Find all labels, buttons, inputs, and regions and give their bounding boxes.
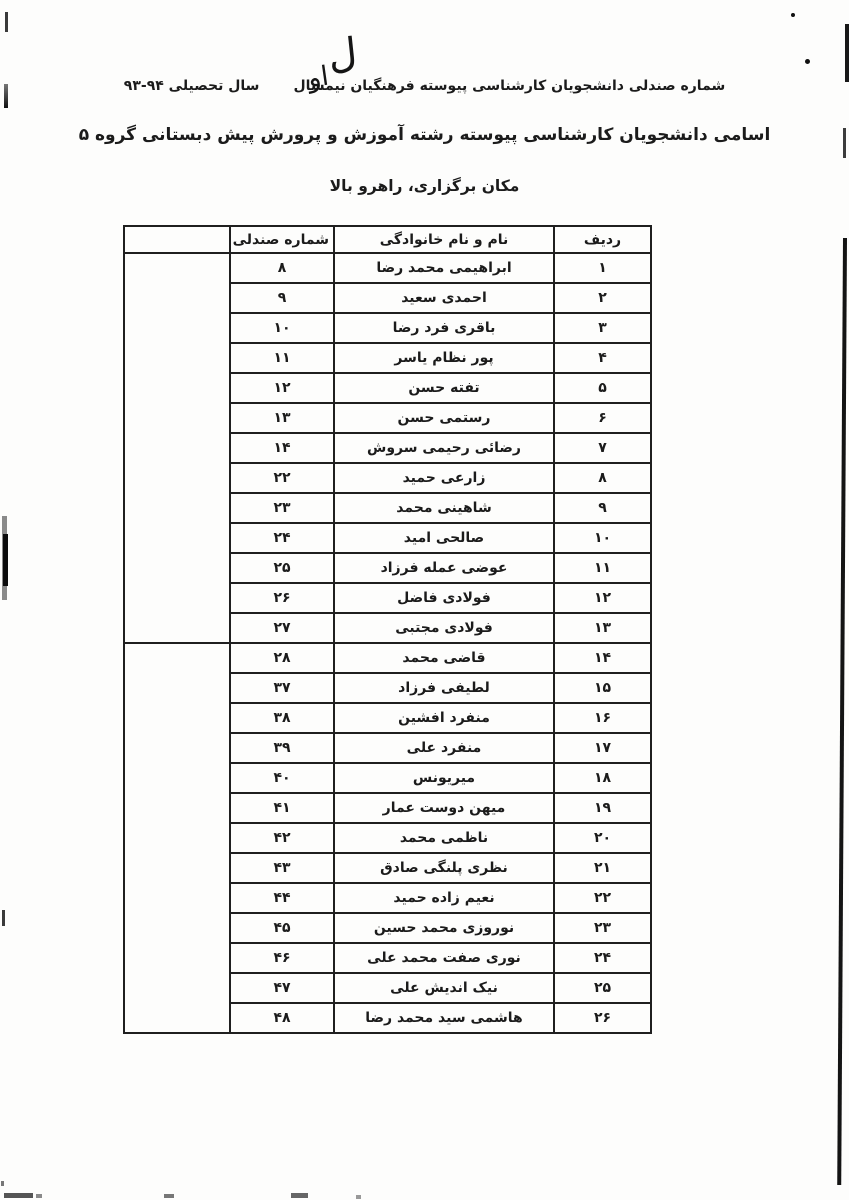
table-row: ۱۴قاضی محمد۲۸: [124, 643, 651, 673]
row-number-cell: ۱۶: [554, 703, 651, 733]
student-name-cell: رضائی رحیمی سروش: [334, 433, 554, 463]
seat-number-cell: ۲۳: [230, 493, 334, 523]
student-name-cell: نیک اندیش علی: [334, 973, 554, 1003]
row-number-cell: ۱۱: [554, 553, 651, 583]
scan-fragment-bottom-5: [356, 1195, 361, 1199]
row-number-cell: ۱۰: [554, 523, 651, 553]
document-header-line: شماره صندلی دانشجویان کارشناسی پیوسته فر…: [60, 78, 789, 94]
seat-number-cell: ۴۱: [230, 793, 334, 823]
student-name-cell: رستمی حسن: [334, 403, 554, 433]
student-name-cell: صالحی امید: [334, 523, 554, 553]
column-header-notes: [124, 226, 230, 253]
row-number-cell: ۶: [554, 403, 651, 433]
student-name-cell: پور نظام یاسر: [334, 343, 554, 373]
student-name-cell: فولادی فاضل: [334, 583, 554, 613]
seat-number-cell: ۴۳: [230, 853, 334, 883]
scan-fragment-bottom-0: [1, 1181, 4, 1186]
seat-number-cell: ۴۲: [230, 823, 334, 853]
student-roster-table: ردیف نام و نام خانوادگی شماره صندلی ۱ابر…: [123, 225, 652, 1034]
row-number-cell: ۱: [554, 253, 651, 283]
scan-fragment-bottom-2: [36, 1194, 42, 1198]
seat-number-cell: ۲۶: [230, 583, 334, 613]
scan-right-edge-line: [837, 238, 847, 1185]
student-name-cell: باقری فرد رضا: [334, 313, 554, 343]
row-number-cell: ۲۱: [554, 853, 651, 883]
row-number-cell: ۲۴: [554, 943, 651, 973]
notes-column-cell: [124, 253, 230, 643]
seat-number-cell: ۴۷: [230, 973, 334, 1003]
seat-number-cell: ۴۰: [230, 763, 334, 793]
scan-fragment-bottom-1: [4, 1193, 33, 1198]
seat-number-cell: ۲۷: [230, 613, 334, 643]
seat-number-cell: ۲۲: [230, 463, 334, 493]
scan-mark-left-middle: [3, 534, 8, 586]
student-name-cell: میهن دوست عمار: [334, 793, 554, 823]
seat-number-cell: ۱۳: [230, 403, 334, 433]
row-number-cell: ۲۵: [554, 973, 651, 1003]
student-name-cell: عوضی عمله فرزاد: [334, 553, 554, 583]
scan-right-edge-segment-1: [845, 24, 849, 82]
seat-number-cell: ۴۸: [230, 1003, 334, 1033]
row-number-cell: ۲۰: [554, 823, 651, 853]
seat-number-cell: ۴۴: [230, 883, 334, 913]
student-table-body: ۱ابراهیمی محمد رضا۸۲احمدی سعید۹۳باقری فر…: [124, 253, 651, 1033]
document-title: اسامی دانشجویان کارشناسی پیوسته رشته آمو…: [40, 125, 809, 145]
row-number-cell: ۴: [554, 343, 651, 373]
seat-number-cell: ۱۴: [230, 433, 334, 463]
seat-number-cell: ۴۶: [230, 943, 334, 973]
student-name-cell: زارعی حمید: [334, 463, 554, 493]
row-number-cell: ۱۴: [554, 643, 651, 673]
scan-fragment-bottom-3: [164, 1194, 174, 1198]
table-row: ۱ابراهیمی محمد رضا۸: [124, 253, 651, 283]
row-number-cell: ۱۵: [554, 673, 651, 703]
row-number-cell: ۱۸: [554, 763, 651, 793]
student-name-cell: احمدی سعید: [334, 283, 554, 313]
student-name-cell: منفرد علی: [334, 733, 554, 763]
row-number-cell: ۱۹: [554, 793, 651, 823]
seat-number-cell: ۲۸: [230, 643, 334, 673]
seat-number-cell: ۲۵: [230, 553, 334, 583]
seat-number-cell: ۲۴: [230, 523, 334, 553]
student-name-cell: فولادی مجتبی: [334, 613, 554, 643]
row-number-cell: ۳: [554, 313, 651, 343]
seat-number-cell: ۳۹: [230, 733, 334, 763]
student-name-cell: نوروزی محمد حسین: [334, 913, 554, 943]
scan-mark-top-left-1: [5, 12, 8, 32]
row-number-cell: ۱۷: [554, 733, 651, 763]
header-line-right-part: شماره صندلی دانشجویان کارشناسی پیوسته فر…: [293, 78, 725, 94]
student-name-cell: منفرد افشین: [334, 703, 554, 733]
seat-number-cell: ۱۲: [230, 373, 334, 403]
handwritten-note-av: او: [306, 63, 330, 93]
scan-mark-left-middle-halo: [2, 516, 7, 600]
student-name-cell: لطیفی فرزاد: [334, 673, 554, 703]
column-header-name: نام و نام خانوادگی: [334, 226, 554, 253]
row-number-cell: ۱۲: [554, 583, 651, 613]
row-number-cell: ۸: [554, 463, 651, 493]
student-name-cell: ناظمی محمد: [334, 823, 554, 853]
scanned-document-page: شماره صندلی دانشجویان کارشناسی پیوسته فر…: [0, 0, 849, 1200]
scan-dot-top-right-2: [805, 59, 810, 64]
student-name-cell: نعیم زاده حمید: [334, 883, 554, 913]
column-header-seat: شماره صندلی: [230, 226, 334, 253]
student-name-cell: نظری پلنگی صادق: [334, 853, 554, 883]
seat-number-cell: ۹: [230, 283, 334, 313]
row-number-cell: ۱۳: [554, 613, 651, 643]
column-header-radif: ردیف: [554, 226, 651, 253]
seat-number-cell: ۱۱: [230, 343, 334, 373]
row-number-cell: ۲۲: [554, 883, 651, 913]
notes-column-cell: [124, 643, 230, 1033]
student-name-cell: میریونس: [334, 763, 554, 793]
header-line-left-part: سال تحصیلی ۹۴-۹۳: [124, 78, 260, 94]
seat-number-cell: ۴۵: [230, 913, 334, 943]
seat-number-cell: ۳۷: [230, 673, 334, 703]
student-name-cell: هاشمی سید محمد رضا: [334, 1003, 554, 1033]
row-number-cell: ۹: [554, 493, 651, 523]
scan-dot-top-right-1: [791, 13, 795, 17]
row-number-cell: ۷: [554, 433, 651, 463]
seat-number-cell: ۱۰: [230, 313, 334, 343]
row-number-cell: ۲۶: [554, 1003, 651, 1033]
row-number-cell: ۵: [554, 373, 651, 403]
student-name-cell: شاهینی محمد: [334, 493, 554, 523]
row-number-cell: ۲: [554, 283, 651, 313]
table-header-row: ردیف نام و نام خانوادگی شماره صندلی: [124, 226, 651, 253]
student-name-cell: ابراهیمی محمد رضا: [334, 253, 554, 283]
scan-mark-left-lower: [2, 910, 5, 926]
student-name-cell: نوری صفت محمد علی: [334, 943, 554, 973]
venue-line: مکان برگزاری، راهرو بالا: [40, 177, 809, 195]
student-name-cell: تفته حسن: [334, 373, 554, 403]
seat-number-cell: ۸: [230, 253, 334, 283]
handwritten-note-lam: ل: [326, 33, 359, 76]
seat-number-cell: ۳۸: [230, 703, 334, 733]
scan-right-edge-segment-2: [843, 128, 846, 158]
scan-mark-top-left-2: [4, 84, 8, 108]
row-number-cell: ۲۳: [554, 913, 651, 943]
scan-fragment-bottom-4: [291, 1193, 308, 1198]
student-name-cell: قاضی محمد: [334, 643, 554, 673]
